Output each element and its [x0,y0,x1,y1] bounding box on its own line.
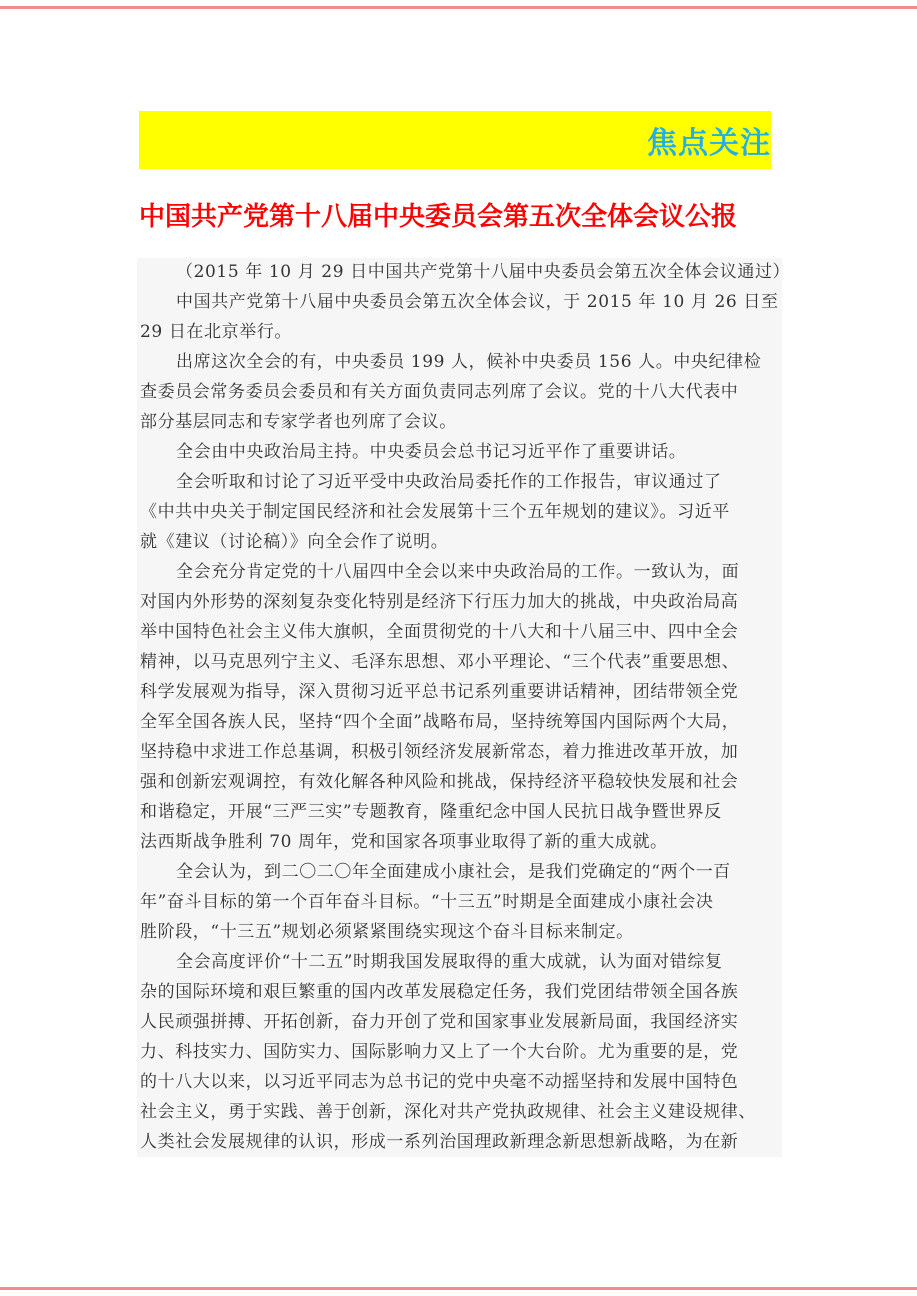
article-line: 法西斯战争胜利 70 周年，党和国家各项事业取得了新的重大成就。 [140,827,790,857]
article-line: 部分基层同志和专家学者也列席了会议。 [140,407,790,437]
bottom-border-rule [0,1287,917,1290]
section-banner-label: 焦点关注 [647,118,771,162]
article-line: 《中共中央关于制定国民经济和社会发展第十三个五年规划的建议》。习近平 [140,497,790,527]
article-line: （2015 年 10 月 29 日中国共产党第十八届中央委员会第五次全体会议通过… [140,257,790,287]
article-line: 精神，以马克思列宁主义、毛泽东思想、邓小平理论、“三个代表”重要思想、 [140,647,790,677]
article-line: 坚持稳中求进工作总基调，积极引领经济发展新常态，着力推进改革开放，加 [140,737,790,767]
article-line: 强和创新宏观调控，有效化解各种风险和挑战，保持经济平稳较快发展和社会 [140,767,790,797]
article-line: 全会认为，到二〇二〇年全面建成小康社会，是我们党确定的“两个一百 [140,857,790,887]
article-line: 就《建议（讨论稿）》向全会作了说明。 [140,527,790,557]
article-line: 科学发展观为指导，深入贯彻习近平总书记系列重要讲话精神，团结带领全党 [140,677,790,707]
article-line: 胜阶段，“十三五”规划必须紧紧围绕实现这个奋斗目标来制定。 [140,917,790,947]
article-line: 29 日在北京举行。 [140,317,790,347]
article-line: 中国共产党第十八届中央委员会第五次全体会议，于 2015 年 10 月 26 日… [140,287,790,317]
article-line: 出席这次全会的有，中央委员 199 人，候补中央委员 156 人。中央纪律检 [140,347,790,377]
article-line: 全会听取和讨论了习近平受中央政治局委托作的工作报告，审议通过了 [140,467,790,497]
article-line: 全军全国各族人民，坚持“四个全面”战略布局，坚持统筹国内国际两个大局， [140,707,790,737]
article-line: 力、科技实力、国防实力、国际影响力又上了一个大台阶。尤为重要的是，党 [140,1037,790,1067]
article-line: 年”奋斗目标的第一个百年奋斗目标。“十三五”时期是全面建成小康社会决 [140,887,790,917]
article-body: （2015 年 10 月 29 日中国共产党第十八届中央委员会第五次全体会议通过… [140,257,790,1157]
article-line: 和谐稳定，开展“三严三实”专题教育，隆重纪念中国人民抗日战争暨世界反 [140,797,790,827]
article-line: 社会主义，勇于实践、善于创新，深化对共产党执政规律、社会主义建设规律、 [140,1097,790,1127]
article-title: 中国共产党第十八届中央委员会第五次全体会议公报 [139,196,789,233]
top-border-rule [0,6,917,9]
article-line: 的十八大以来，以习近平同志为总书记的党中央毫不动摇坚持和发展中国特色 [140,1067,790,1097]
article-line: 查委员会常务委员会委员和有关方面负责同志列席了会议。党的十八大代表中 [140,377,790,407]
article-line: 全会充分肯定党的十八届四中全会以来中央政治局的工作。一致认为，面 [140,557,790,587]
article-line: 人民顽强拼搏、开拓创新，奋力开创了党和国家事业发展新局面，我国经济实 [140,1007,790,1037]
article-line: 对国内外形势的深刻复杂变化特别是经济下行压力加大的挑战，中央政治局高 [140,587,790,617]
article-line: 杂的国际环境和艰巨繁重的国内改革发展稳定任务，我们党团结带领全国各族 [140,977,790,1007]
article-line: 全会由中央政治局主持。中央委员会总书记习近平作了重要讲话。 [140,437,790,467]
article-line: 全会高度评价“十二五”时期我国发展取得的重大成就，认为面对错综复 [140,947,790,977]
article-line: 人类社会发展规律的认识，形成一系列治国理政新理念新思想新战略，为在新 [140,1127,790,1157]
section-banner: 焦点关注 [139,111,771,169]
article-line: 举中国特色社会主义伟大旗帜，全面贯彻党的十八大和十八届三中、四中全会 [140,617,790,647]
